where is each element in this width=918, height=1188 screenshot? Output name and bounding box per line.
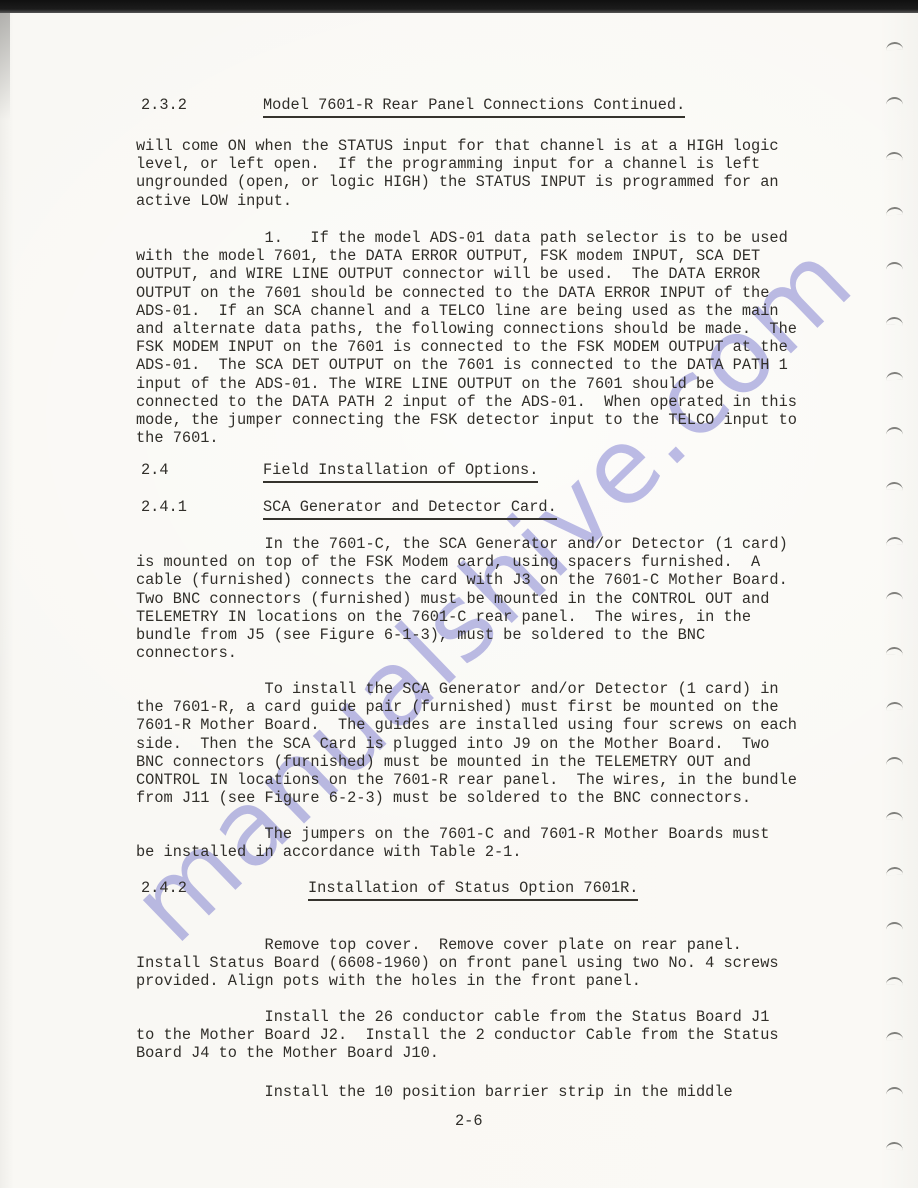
scanned-manual-page: manualshive.com 2.3.2 Model 7601-R Rear … [0,0,918,1188]
page-number: 2-6 [455,1112,483,1130]
section-heading-2-4: 2.4 Field Installation of Options. [0,461,918,483]
paragraph-conductor-cables: Install the 26 conductor cable from the … [136,1008,779,1063]
paragraph-barrier-strip: Install the 10 position barrier strip in… [136,1083,733,1101]
paragraph-7601r-install: To install the SCA Generator and/or Dete… [136,680,797,807]
document-text-layer: 2.3.2 Model 7601-R Rear Panel Connection… [0,0,918,1188]
section-heading-2-4-1: 2.4.1 SCA Generator and Detector Card. [0,498,918,520]
paragraph-jumpers: The jumpers on the 7601-C and 7601-R Mot… [136,825,769,861]
section-heading-2-4-2: 2.4.2 Installation of Status Option 7601… [0,879,918,901]
section-title: SCA Generator and Detector Card. [263,498,557,520]
section-number: 2.3.2 [141,96,187,114]
paragraph-ads01-connections: 1. If the model ADS-01 data path selecto… [136,229,797,447]
section-title: Installation of Status Option 7601R. [308,879,638,901]
paragraph-status-input: will come ON when the STATUS input for t… [136,137,779,210]
section-number: 2.4.1 [141,498,187,516]
section-number: 2.4.2 [141,879,187,897]
section-title: Field Installation of Options. [263,461,538,483]
paragraph-7601c-install: In the 7601-C, the SCA Generator and/or … [136,535,788,662]
section-title: Model 7601-R Rear Panel Connections Cont… [263,96,685,118]
paragraph-status-board: Remove top cover. Remove cover plate on … [136,936,779,991]
section-number: 2.4 [141,461,169,479]
section-heading-2-3-2: 2.3.2 Model 7601-R Rear Panel Connection… [0,96,918,118]
